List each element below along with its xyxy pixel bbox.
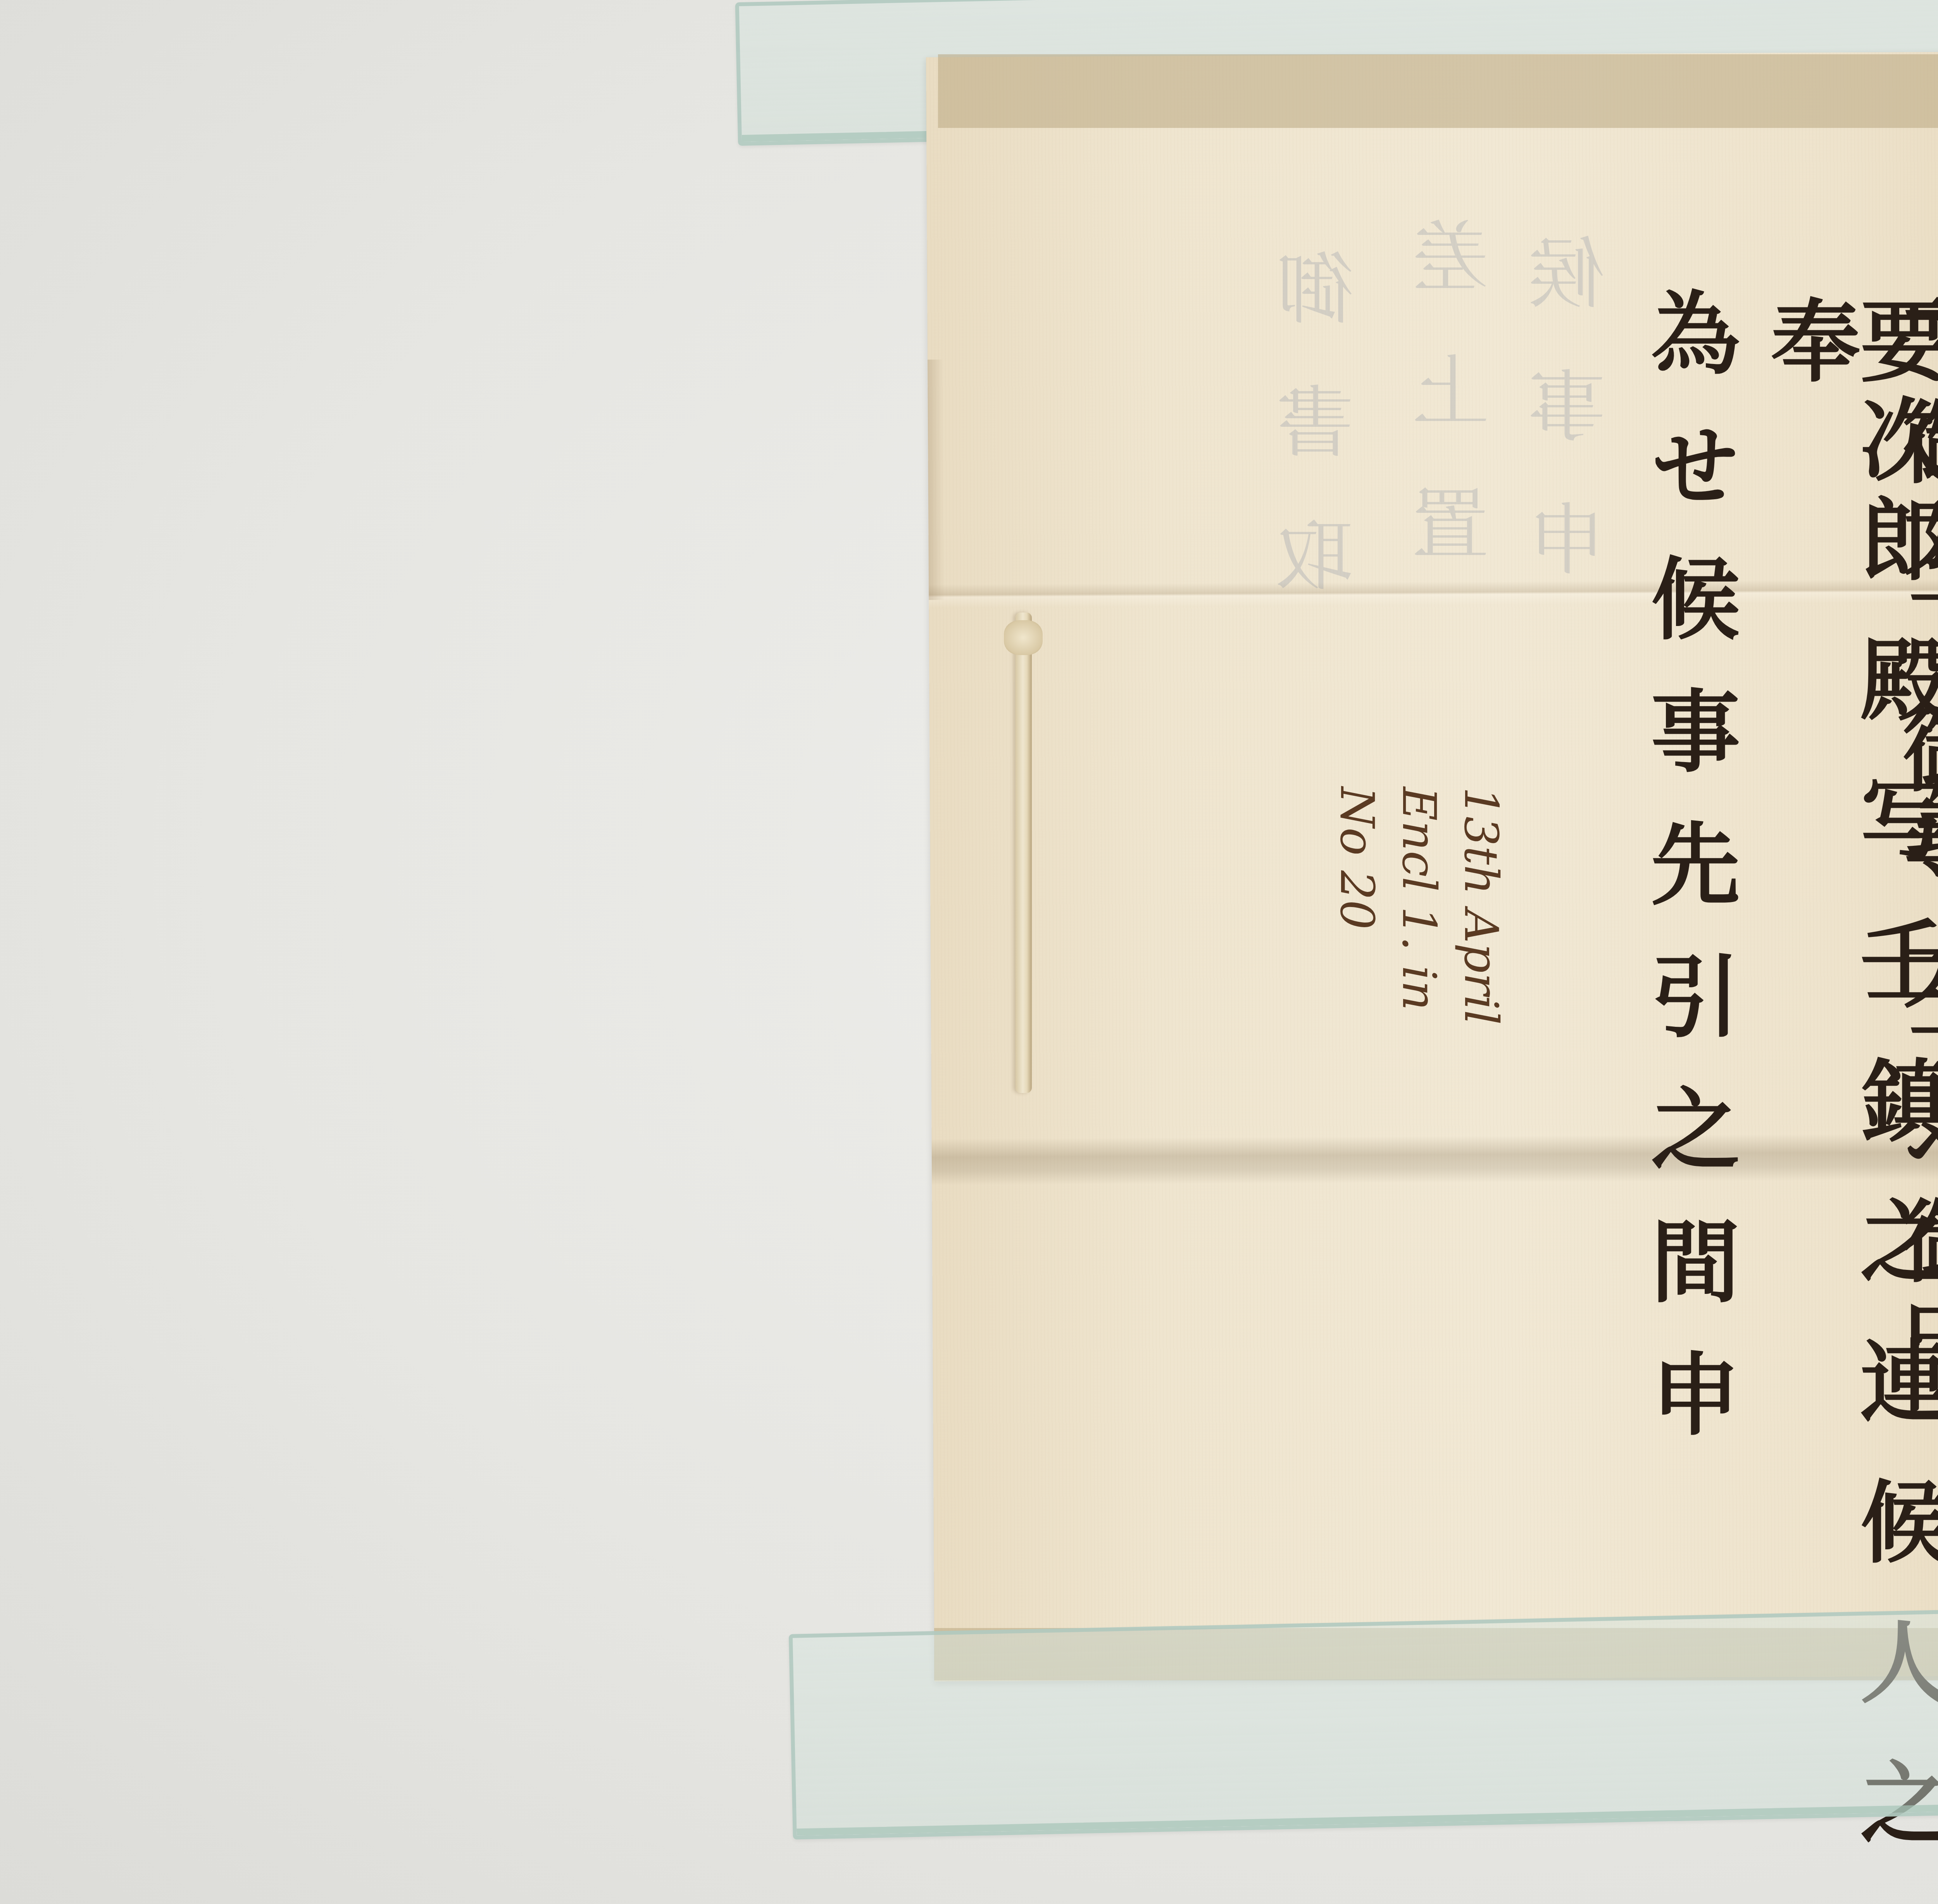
annotation-date: 13th April	[1450, 787, 1512, 1025]
bleed-through-text: 候 事 申	[1531, 233, 1616, 592]
english-annotation: 13th April Encl 1. in No 20	[1326, 787, 1512, 1025]
string-knot	[1004, 620, 1043, 655]
bleed-through-text: 御 書 取	[1279, 248, 1364, 607]
paper-string-tie	[1016, 612, 1032, 1093]
annotation-enclosure: Encl 1. in	[1388, 787, 1450, 1025]
paper-under-top-glass	[938, 54, 1938, 128]
calligraphy-column-left: 為 せ 候 事 先 引 之 間 申	[1643, 287, 1733, 1443]
bleed-through-text: 差 上 置	[1415, 217, 1500, 576]
bottom-glass-slide	[789, 1606, 1938, 1840]
annotation-number: No 20	[1326, 787, 1388, 1025]
torn-edge	[928, 360, 944, 600]
